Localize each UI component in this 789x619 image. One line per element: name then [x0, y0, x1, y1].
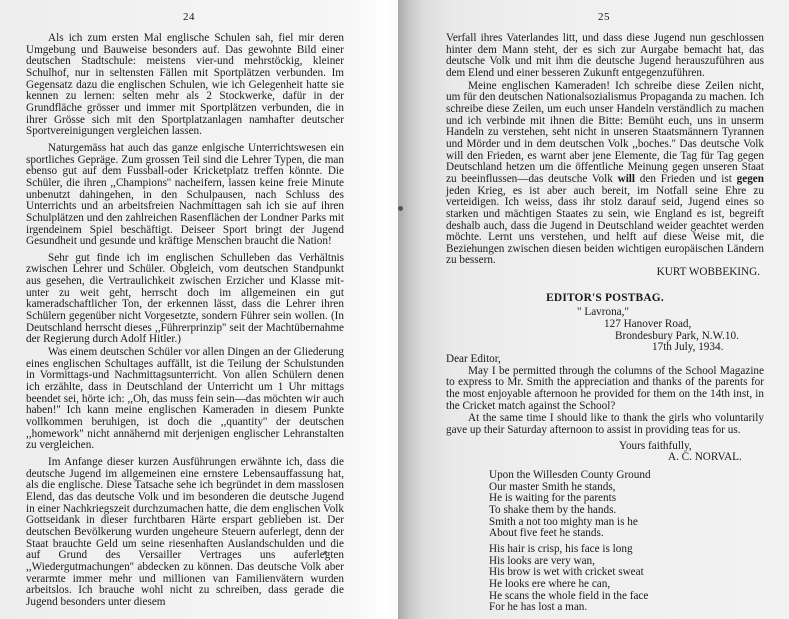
salutation: Dear Editor,: [446, 354, 764, 366]
paper-speck: [324, 551, 327, 554]
paper-speck: [398, 206, 403, 211]
poem-line: He looks ere where he can,: [489, 579, 764, 591]
address-line: 127 Hanover Road,: [446, 319, 764, 331]
letter-paragraph: At the same time I should like to thank …: [446, 413, 764, 436]
paragraph: Was einem deutschen Schüler vor allen Di…: [26, 347, 344, 452]
paragraph: Naturgemäss hat auch das ganze enlgische…: [26, 143, 344, 248]
right-page: 25 Verfall ihres Vaterlandes litt, und d…: [398, 0, 789, 619]
page-number: 24: [183, 11, 195, 23]
left-page: 24 Als ich zum ersten Mal englische Schu…: [0, 0, 398, 619]
closing-paragraph: Meine englischen Kameraden! Ich schreibe…: [446, 81, 764, 268]
poem-stanza: His hair is crisp, his face is long His …: [489, 544, 764, 614]
paragraph: Als ich zum ersten Mal englische Schulen…: [26, 33, 344, 138]
page-number: 25: [598, 11, 610, 23]
section-heading: EDITOR'S POSTBAG.: [446, 293, 764, 305]
letter-signer: A. C. NORVAL.: [446, 452, 764, 464]
poem-line: His hair is crisp, his face is long: [489, 544, 764, 556]
poem: Upon the Willesden County Ground Our mas…: [446, 470, 764, 614]
text-run: den Frieden und ist: [635, 173, 737, 185]
text-run: jeden Krieg, es ist aber auch bereit, im…: [446, 185, 764, 267]
text-run: Meine englischen Kameraden! Ich schreibe…: [446, 80, 764, 185]
paragraph: Sehr gut finde ich im englischen Schulle…: [26, 253, 344, 346]
letter-paragraph: May I be permitted through the columns o…: [446, 366, 764, 413]
poem-line: About five feet he stands.: [489, 528, 764, 540]
continuation-paragraph: Verfall ihres Vaterlandes litt, und dass…: [446, 33, 764, 80]
paragraph: Im Anfange dieser kurzen Ausführungen er…: [26, 457, 344, 609]
emphasis-will: will: [618, 173, 635, 185]
poem-line: Upon the Willesden County Ground: [489, 470, 764, 482]
emphasis-gegen: gegen: [737, 173, 764, 185]
author-signature: KURT WOBBEKING.: [446, 267, 764, 279]
book-spread: 24 Als ich zum ersten Mal englische Schu…: [0, 0, 789, 619]
poem-line: For he has lost a man.: [489, 602, 764, 614]
poem-line: To shake them by the hands.: [489, 505, 764, 517]
poem-stanza: Upon the Willesden County Ground Our mas…: [489, 470, 764, 540]
left-page-body: Als ich zum ersten Mal englische Schulen…: [26, 33, 344, 609]
right-page-body: Verfall ihres Vaterlandes litt, und dass…: [446, 33, 764, 614]
